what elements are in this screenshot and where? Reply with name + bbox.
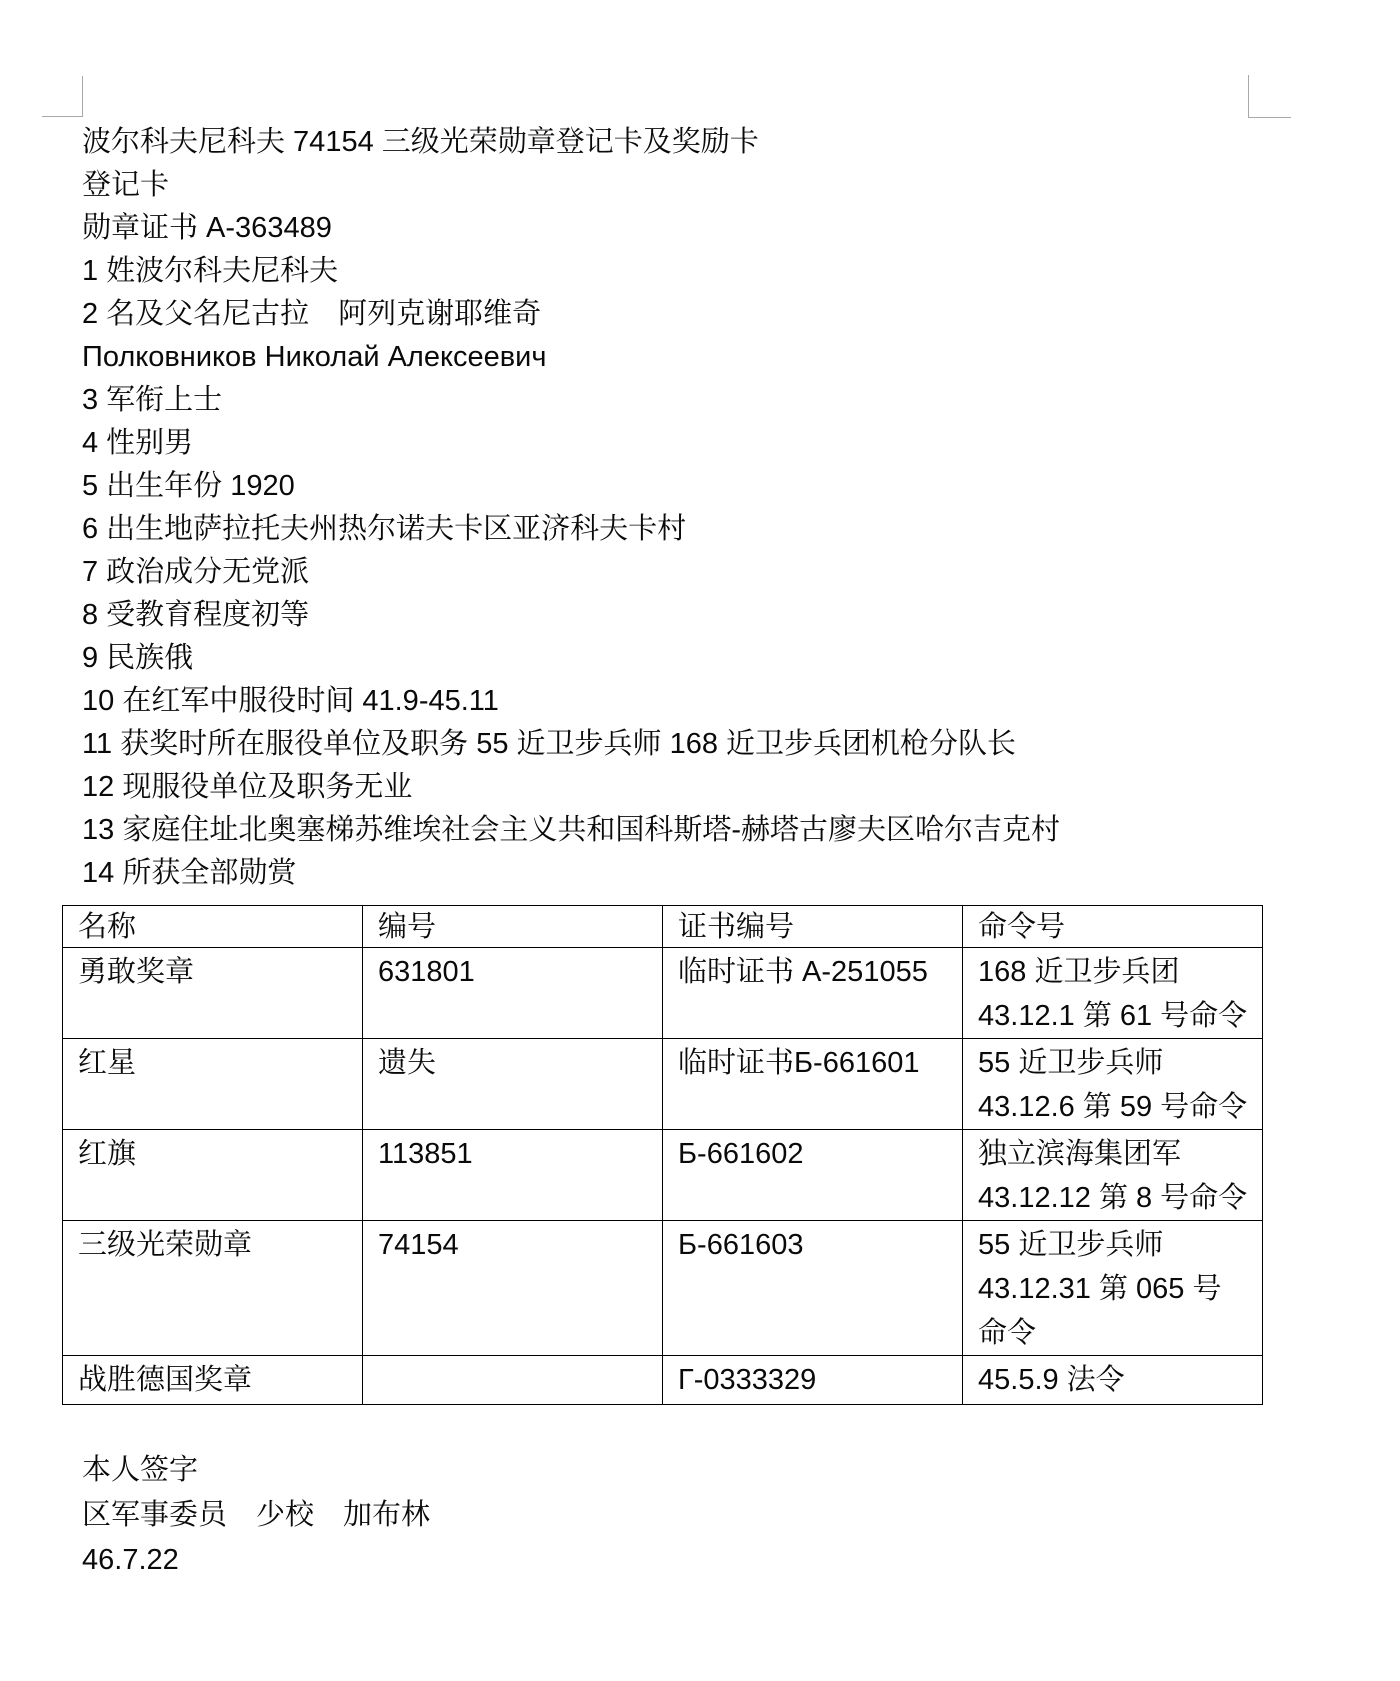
cell-award-number: 113851 <box>363 1130 663 1221</box>
cell-certificate-number: 临时证书Б-661601 <box>663 1039 963 1130</box>
signature-block: 本人签字 区军事委员 少校 加布林 46.7.22 <box>82 1448 430 1583</box>
cell-award-name: 红旗 <box>63 1130 363 1221</box>
signature-line-date: 46.7.22 <box>82 1538 430 1583</box>
doc-line-surname: 1 姓波尔科夫尼科夫 <box>82 250 1060 293</box>
table-row-medal-for-courage: 勇敢奖章 631801 临时证书 A-251055 168 近卫步兵团 43.1… <box>63 948 1263 1039</box>
doc-line-name-russian: Полковников Николай Алексеевич <box>82 336 1060 379</box>
cell-order-number: 168 近卫步兵团 43.12.1 第 61 号命令 <box>963 948 1263 1039</box>
col-header-certificate-number: 证书编号 <box>663 906 963 948</box>
cell-certificate-number: Г-0333329 <box>663 1356 963 1405</box>
doc-line-service-period: 10 在红军中服役时间 41.9-45.11 <box>82 680 1060 723</box>
cell-certificate-number: 临时证书 A-251055 <box>663 948 963 1039</box>
text-boundary-mark-top-right <box>1248 75 1291 118</box>
table-row-victory-over-germany-medal: 战胜德国奖章 Г-0333329 45.5.9 法令 <box>63 1356 1263 1405</box>
cell-order-number: 55 近卫步兵师 43.12.31 第 065 号命令 <box>963 1221 1263 1356</box>
cell-order-number: 55 近卫步兵师 43.12.6 第 59 号命令 <box>963 1039 1263 1130</box>
cell-award-number: 74154 <box>363 1221 663 1356</box>
cell-certificate-number: Б-661603 <box>663 1221 963 1356</box>
text-boundary-mark-top-left <box>42 76 83 117</box>
doc-line-given-name: 2 名及父名尼古拉 阿列克谢耶维奇 <box>82 293 1060 336</box>
document-body: 波尔科夫尼科夫 74154 三级光荣勋章登记卡及奖励卡 登记卡 勋章证书 A-3… <box>82 121 1060 895</box>
cell-award-name: 勇敢奖章 <box>63 948 363 1039</box>
table-row-red-star: 红星 遗失 临时证书Б-661601 55 近卫步兵师 43.12.6 第 59… <box>63 1039 1263 1130</box>
doc-line-nationality: 9 民族俄 <box>82 637 1060 680</box>
cell-award-number <box>363 1356 663 1405</box>
doc-line-home-address: 13 家庭住址北奥塞梯苏维埃社会主义共和国科斯塔-赫塔古廖夫区哈尔吉克村 <box>82 809 1060 852</box>
doc-title-line: 波尔科夫尼科夫 74154 三级光荣勋章登记卡及奖励卡 <box>82 121 1060 164</box>
awards-table: 名称 编号 证书编号 命令号 勇敢奖章 631801 临时证书 A-251055… <box>62 905 1263 1405</box>
signature-line-commissar: 区军事委员 少校 加布林 <box>82 1493 430 1538</box>
document-page: 波尔科夫尼科夫 74154 三级光荣勋章登记卡及奖励卡 登记卡 勋章证书 A-3… <box>0 0 1400 1681</box>
doc-line-gender: 4 性别男 <box>82 422 1060 465</box>
col-header-award-number: 编号 <box>363 906 663 948</box>
cell-award-name: 红星 <box>63 1039 363 1130</box>
table-row-red-banner: 红旗 113851 Б-661602 独立滨海集团军 43.12.12 第 8 … <box>63 1130 1263 1221</box>
cell-order-number: 独立滨海集团军 43.12.12 第 8 号命令 <box>963 1130 1263 1221</box>
doc-line-party: 7 政治成分无党派 <box>82 551 1060 594</box>
doc-line-birth-place: 6 出生地萨拉托夫州热尔诺夫卡区亚济科夫卡村 <box>82 508 1060 551</box>
cell-award-number: 遗失 <box>363 1039 663 1130</box>
cell-award-name: 战胜德国奖章 <box>63 1356 363 1405</box>
col-header-award-name: 名称 <box>63 906 363 948</box>
signature-line-personal: 本人签字 <box>82 1448 430 1493</box>
cell-order-number: 45.5.9 法令 <box>963 1356 1263 1405</box>
doc-line-rank: 3 军衔上士 <box>82 379 1060 422</box>
col-header-order-number: 命令号 <box>963 906 1263 948</box>
cell-certificate-number: Б-661602 <box>663 1130 963 1221</box>
doc-line-card-type: 登记卡 <box>82 164 1060 207</box>
table-row-order-of-glory-3rd-class: 三级光荣勋章 74154 Б-661603 55 近卫步兵师 43.12.31 … <box>63 1221 1263 1356</box>
doc-line-unit-at-award: 11 获奖时所在服役单位及职务 55 近卫步兵师 168 近卫步兵团机枪分队长 <box>82 723 1060 766</box>
doc-line-certificate: 勋章证书 A-363489 <box>82 207 1060 250</box>
cell-award-name: 三级光荣勋章 <box>63 1221 363 1356</box>
doc-line-birth-year: 5 出生年份 1920 <box>82 465 1060 508</box>
awards-table-header-row: 名称 编号 证书编号 命令号 <box>63 906 1263 948</box>
doc-line-education: 8 受教育程度初等 <box>82 594 1060 637</box>
doc-line-awards-heading: 14 所获全部勋赏 <box>82 852 1060 895</box>
cell-award-number: 631801 <box>363 948 663 1039</box>
doc-line-current-unit: 12 现服役单位及职务无业 <box>82 766 1060 809</box>
